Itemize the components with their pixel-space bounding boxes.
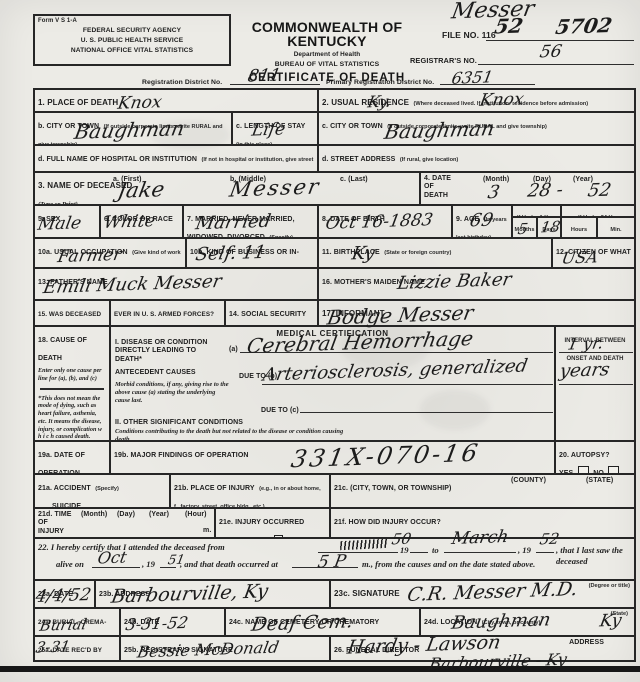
field-name-of-deceased: 3. NAME OF DECEASED (Type or Print) a. (…	[33, 172, 420, 205]
age-min-cell: Min.	[597, 217, 636, 238]
other-conditions-label: II. OTHER SIGNIFICANT CONDITIONS	[115, 419, 243, 427]
primary-district-label: Primary Registration District No.	[326, 79, 434, 87]
due-to-c-label: DUE TO (c)	[261, 407, 299, 415]
autopsy-label: 20. AUTOPSY?	[559, 452, 610, 459]
cause-of-death-sidebar: 18. CAUSE OF DEATH Enter only one cause …	[33, 326, 110, 441]
cause-side-note2: *This does not mean the mode of dying, s…	[38, 395, 106, 442]
file-no-hw: 52	[493, 14, 525, 39]
agency-box: Form V S 1-A FEDERAL SECURITY AGENCY U. …	[33, 14, 231, 66]
injury-month-label: (Month)	[81, 511, 107, 519]
bureau-line: BUREAU OF VITAL STATISTICS	[212, 61, 442, 69]
reg-district-hw: 811	[246, 65, 282, 86]
injury-city-label: 21c. (CITY, TOWN, OR TOWNSHIP)	[334, 485, 451, 492]
autopsy-yes-checkbox	[578, 466, 589, 474]
form-code: Form V S 1-A	[38, 18, 226, 25]
department-line: Department of Health	[212, 51, 442, 59]
field-ssn: 14. SOCIAL SECURITY NO.	[225, 300, 318, 326]
birthplace-hw: Ky	[350, 243, 376, 265]
other-conditions-note: Conditions contributing to the death but…	[115, 428, 355, 441]
operation-date-label: 19a. DATE OF OPERA­TION	[38, 452, 85, 474]
cemetery-hw: Deaf Cem.	[250, 610, 355, 636]
certify-p8: , and that death occurred at	[180, 559, 278, 570]
field-autopsy: 20. AUTOPSY? YES NO	[555, 441, 636, 474]
findings-label: 19b. MAJOR FINDINGS OF OPERATION	[114, 452, 249, 459]
registrars-no-label: REGISTRAR'S NO.	[410, 57, 477, 66]
certify-p1: 22. I hereby certify that I attended the…	[38, 542, 225, 553]
death-day-hw: 28 -	[526, 179, 565, 201]
registrars-no-hw: 56	[538, 42, 563, 63]
place-of-death-title: 1. PLACE OF DEATH	[38, 98, 118, 107]
injury-hour-label: (Hour)	[185, 511, 207, 519]
industry-hw: Self. 11	[194, 242, 267, 265]
certify-p5: , that I last saw the deceased	[556, 545, 640, 566]
date-received-hw: 3-31	[34, 637, 71, 656]
residence-county-hw: Knox	[478, 89, 525, 111]
burial-hw: Burial	[38, 615, 88, 635]
field-place-of-injury: 21b. PLACE OF INJURY (e.g., in or about …	[170, 474, 330, 508]
alive-month-hw: Oct	[96, 548, 128, 568]
sex-hw: Male	[36, 213, 83, 234]
agency-line3: NATIONAL OFFICE VITAL STATISTICS	[38, 47, 226, 55]
injury-day-label: (Day)	[117, 511, 135, 519]
field-accident: 21a. ACCIDENT (Specify) SUICIDE HOMICIDE	[33, 474, 170, 508]
agency-line1: FEDERAL SECURITY AGENCY	[38, 27, 226, 35]
how-injury-label: 21f. HOW DID INJURY OCCUR?	[334, 519, 441, 526]
disease-label: I. DISEASE OR CONDITION DIRECTLY LEADING…	[115, 339, 225, 364]
was-deceased-label: 15. WAS DECEASED	[38, 311, 101, 318]
surname-hw: Messer	[228, 174, 323, 201]
last-name-label: c. (Last)	[340, 176, 368, 184]
hours-label: Hours	[571, 227, 587, 233]
marital-hw: Married	[194, 211, 273, 235]
age-hw: 69	[468, 210, 495, 232]
certify-p9: m., from the causes and on the date stat…	[362, 559, 535, 570]
first-name-hw: Jake	[116, 177, 167, 203]
file-no-hw2: 5702	[554, 13, 614, 39]
age-hours-cell: Hours	[561, 217, 597, 238]
county-value-hw: Knox	[116, 92, 163, 114]
signature-note: (Degree or title)	[589, 583, 630, 589]
commonwealth-title: COMMONWEALTH OF KENTUCKY	[212, 20, 442, 48]
accident-note: (Specify)	[95, 486, 119, 492]
interval-b-hw: years	[558, 359, 611, 382]
street-address-note: (If rural, give location)	[400, 157, 458, 163]
injury-occurred-label: 21e. INJURY OCCURRED	[219, 519, 304, 526]
morbid-note: Morbid conditions, if any, giving rise t…	[115, 381, 230, 405]
injury-state-label: (STATE)	[586, 477, 613, 485]
file-no-label: FILE NO. 116	[442, 30, 496, 40]
accident-label: 21a. ACCIDENT	[38, 485, 91, 492]
birthplace-note: (State or foreign country)	[384, 250, 451, 256]
length-of-stay-hw: Life	[250, 119, 287, 140]
birth-hw: Oct 16-1883	[324, 210, 435, 234]
ssn-label: 14. SOCIAL SECURITY NO.	[229, 311, 306, 326]
field-injury-location: 21c. (CITY, TOWN, OR TOWNSHIP) (COUNTY) …	[330, 474, 636, 508]
age-under1-header: If Under 1 Year	[512, 205, 561, 217]
min-label: Min.	[610, 227, 621, 233]
field-injury-occurred: 21e. INJURY OCCURRED WHILE AT WORK NOT W…	[215, 508, 330, 538]
occupation-hw: Farmer	[56, 245, 123, 267]
field-was-deceased: 15. WAS DECEASED (Yes, no, or unknown)	[33, 300, 110, 326]
agency-line2: U. S. PUBLIC HEALTH SERVICE	[38, 37, 226, 45]
cause-side-note1: Enter only one cause per line for (a), (…	[38, 367, 106, 383]
certify-p6: alive on	[56, 559, 84, 570]
time-of-injury-label: 21d. TIME OF INJURY	[38, 511, 72, 536]
autopsy-no-checkbox	[608, 466, 619, 474]
funeral-address-label: ADDRESS	[569, 639, 604, 647]
death-year-hw: 52	[586, 180, 613, 202]
injury-county-label: (COUNTY)	[511, 477, 546, 485]
reg-district-label: Registration District No.	[142, 79, 222, 87]
place-of-injury-label: 21b. PLACE OF INJURY	[174, 485, 255, 492]
signature-label: 23c. SIGNATURE	[334, 589, 400, 598]
date-signed-hw: 4/4/52	[34, 585, 93, 607]
hospital-label: d. FULL NAME OF HOSPITAL OR INSTITUTION	[38, 156, 197, 163]
to-month-hw: March	[450, 527, 510, 549]
mother-hw: Lizzie Baker	[396, 269, 513, 294]
disease-a-label: (a)	[229, 346, 238, 354]
burial-date-hw: 3-31-52	[124, 613, 190, 634]
race-hw: White	[102, 211, 157, 233]
to-year-hw: 52	[538, 530, 560, 549]
interval-a-hw: 1 yr.	[566, 333, 605, 353]
field-hospital: d. FULL NAME OF HOSPITAL OR INSTITUTION …	[33, 145, 318, 172]
certify-p4: , 19	[518, 545, 531, 556]
field-armed-forces: EVER IN U. S. ARMED FORCES? (If yes, giv…	[110, 300, 225, 326]
primary-district-hw: 6351	[450, 67, 494, 87]
certify-p3: to	[432, 545, 439, 556]
injury-year-label: (Year)	[149, 511, 169, 519]
residence-city-label: c. CITY OR TOWN	[322, 123, 383, 130]
residence-state-hw: Ky.	[366, 92, 392, 112]
alive-year-hw: 51	[167, 553, 186, 569]
injury-m-label: m.	[203, 527, 211, 535]
age-under24-header: If Under 24 Hrs	[561, 205, 636, 217]
death-hour-hw: 5 P	[316, 552, 347, 573]
cause-title: 18. CAUSE OF DEATH	[38, 337, 87, 362]
date-of-death-title: 4. DATE OF DEATH	[424, 175, 460, 200]
usual-residence-title: 2. USUAL RESIDENCE	[322, 98, 409, 107]
street-address-label: d. STREET ADDRESS	[322, 156, 395, 163]
field-time-of-injury: 21d. TIME OF INJURY (Month) (Day) (Year)…	[33, 508, 215, 538]
field-date-of-operation: 19a. DATE OF OPERA­TION	[33, 441, 110, 474]
death-certificate-scan: Form V S 1-A FEDERAL SECURITY AGENCY U. …	[0, 0, 640, 682]
certify-p7: , 19	[142, 559, 155, 570]
field-street-address: d. STREET ADDRESS (If rural, give locati…	[318, 145, 636, 172]
field-place-of-death: 1. PLACE OF DEATH a. COUNTY	[33, 88, 318, 112]
cemetery-state-hw: Ky	[598, 611, 623, 632]
city-of-death-hw: Baughman	[72, 116, 186, 144]
residence-city-hw: Baughman	[382, 116, 496, 144]
antecedent-label: ANTECEDENT CAUSES	[115, 369, 196, 377]
age-days-hw: 18	[539, 218, 561, 237]
title-block: COMMONWEALTH OF KENTUCKY Department of H…	[212, 20, 442, 84]
citizen-hw: USA	[560, 247, 600, 267]
armed-forces-label: EVER IN U. S. ARMED FORCES?	[114, 311, 214, 318]
from-year-hw: 50	[390, 530, 412, 549]
cemetery-location-hw: Baughman	[450, 609, 552, 633]
